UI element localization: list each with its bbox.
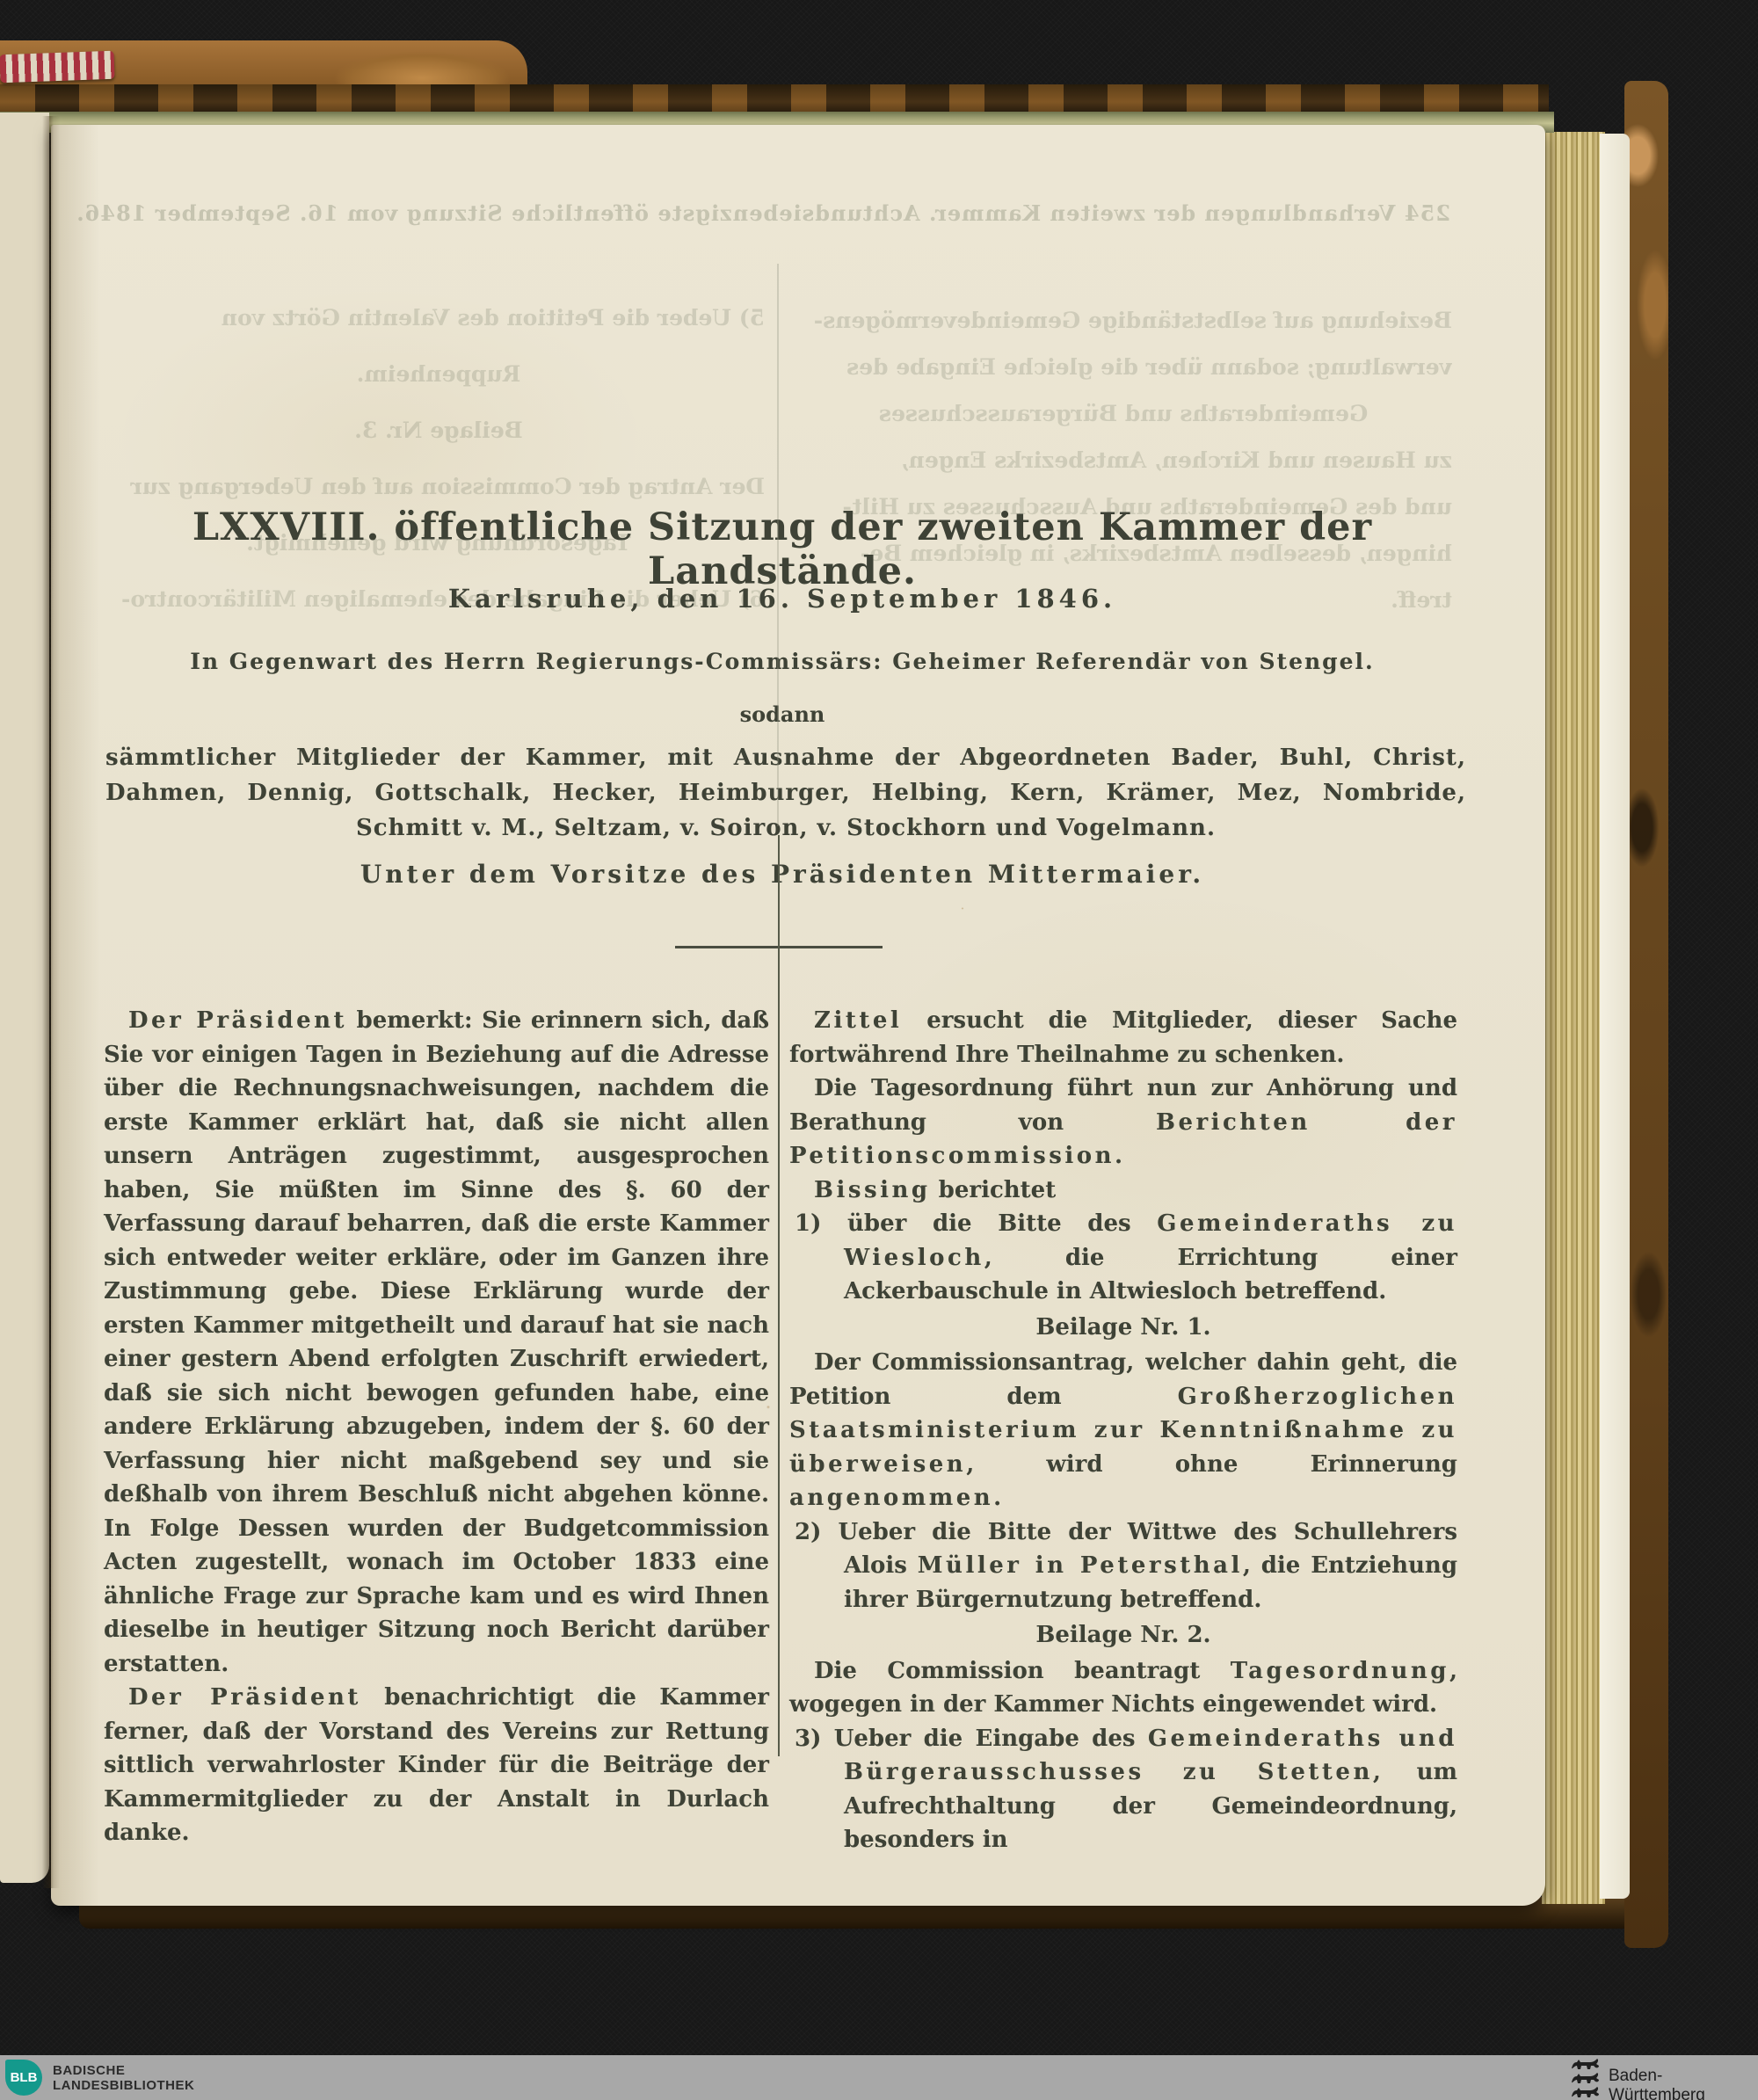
bleed-through-line: Gemeinderaths und Bürgerausschusses [795, 390, 1452, 437]
paragraph: Der Präsident bemerkt: Sie erinnern sich… [104, 1004, 769, 1681]
bleed-through-line: zu Hausen und Kirchen, Amtsbezirks Engen… [795, 437, 1452, 483]
sodann-line: sodann [97, 701, 1468, 727]
library-name: BADISCHE LANDESBIBLIOTHEK [53, 2063, 194, 2093]
chair-line: Unter dem Vorsitze des Präsidenten Mitte… [97, 860, 1468, 889]
paragraph: Die Commission beantragt Tagesordnung, w… [789, 1654, 1457, 1722]
book-cover-marbled-edge [1624, 81, 1668, 1948]
blb-logo-abbr: BLB [11, 2070, 38, 2085]
gutter-shadow [42, 116, 60, 1888]
page-stack-edges [1542, 132, 1605, 1904]
attendance-list: sämmtlicher Mitglieder der Kammer, mit A… [105, 740, 1466, 846]
emphasized-text: Müller in Petersthal [918, 1552, 1243, 1579]
right-text-column: Zittel ersucht die Mitglieder, dieser Sa… [789, 1004, 1457, 1857]
body-text: Ueber die Eingabe des [834, 1726, 1148, 1752]
bleed-through-line: verwaltung; sodann über die gleiche Eing… [795, 344, 1452, 390]
left-text-column: Der Präsident bemerkt: Sie erinnern sich… [104, 1004, 769, 1850]
headband [0, 51, 115, 84]
item-number: 1) [795, 1210, 847, 1237]
numbered-item: 3) Ueber die Eingabe des Gemeinderaths u… [789, 1722, 1457, 1857]
blb-logo-icon: BLB [5, 2060, 42, 2096]
emphasized-text: angenommen. [789, 1485, 1005, 1511]
emphasized-text: Tagesordnung [1231, 1658, 1449, 1684]
library-footer-bar [0, 2055, 1758, 2100]
paragraph: Der Präsident benachrichtigt die Kammer … [104, 1681, 769, 1850]
body-text: Beilage Nr. 2. [1035, 1622, 1210, 1648]
column-divider [778, 835, 780, 1756]
item-number: 3) [795, 1726, 834, 1752]
body-text: über die Bitte des [847, 1210, 1157, 1237]
library-name-line1: BADISCHE [53, 2063, 194, 2078]
paragraph: Bissing berichtet [789, 1174, 1457, 1208]
emphasized-text: Bissing [814, 1177, 931, 1203]
bleed-through-line: Ruppenheim. [113, 346, 765, 403]
digitized-book-scan: 254 Verhandlungen der zweiten Kammer. Ac… [0, 0, 1758, 2100]
library-name-line2: LANDESBIBLIOTHEK [53, 2078, 194, 2093]
paragraph: Zittel ersucht die Mitglieder, dieser Sa… [789, 1004, 1457, 1072]
bleed-through-line: 5) Ueber die Petition des Valentin Görtz… [113, 290, 765, 346]
column-subheading: Beilage Nr. 2. [789, 1617, 1457, 1654]
numbered-item: 1) über die Bitte des Gemeinderaths zu W… [789, 1207, 1457, 1309]
body-text: bemerkt: Sie erinnern sich, daß Sie vor … [104, 1007, 769, 1677]
bleed-through-column-divider [777, 264, 779, 826]
bleed-through-line: Beilage Nr. 3. [113, 403, 765, 459]
emphasized-text: Der Präsident [128, 1684, 361, 1711]
paragraph: Der Commissionsantrag, welcher dahin geh… [789, 1346, 1457, 1515]
state-label: Baden-Württemberg [1609, 2067, 1758, 2100]
bleed-through-line: Beziehung auf selbstständige Gemeindever… [795, 297, 1452, 344]
body-text: berichtet [931, 1177, 1057, 1203]
paragraph: Die Tagesordnung führt nun zur Anhörung … [789, 1072, 1457, 1174]
presence-line: In Gegenwart des Herrn Regierungs-Commis… [97, 649, 1468, 674]
dateline: Karlsruhe, den 16. September 1846. [97, 584, 1468, 614]
emphasized-text: Der Präsident [128, 1007, 347, 1034]
numbered-item: 2) Ueber die Bitte der Wittwe des Schull… [789, 1515, 1457, 1617]
item-number: 2) [795, 1519, 838, 1545]
body-text: Beilage Nr. 1. [1035, 1314, 1210, 1341]
underlying-page-edge [1600, 134, 1630, 1899]
session-title: LXXVIII. öffentliche Sitzung der zweiten… [97, 505, 1468, 593]
body-text: Die Commission beantragt [814, 1658, 1231, 1684]
emphasized-text: Zittel [814, 1007, 902, 1034]
body-text: , wird ohne Erinnerung [966, 1451, 1457, 1478]
bleed-through-running-header: 254 Verhandlungen der zweiten Kammer. Ac… [176, 200, 1450, 226]
column-subheading: Beilage Nr. 1. [789, 1309, 1457, 1347]
baden-wuerttemberg-lions-icon [1570, 2058, 1602, 2098]
